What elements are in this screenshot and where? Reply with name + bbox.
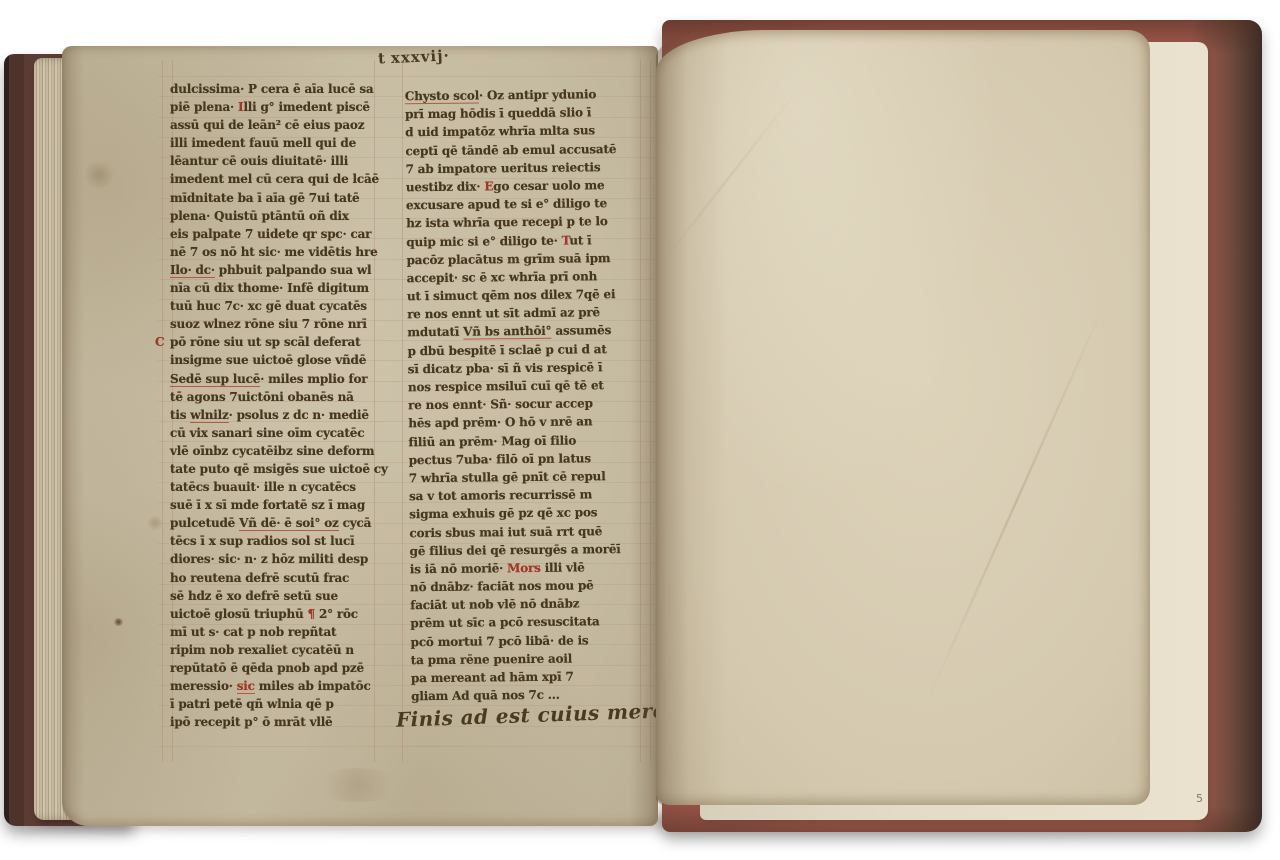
text-run: excusare apud te si e° diligo te (406, 196, 607, 212)
text-run: pa mereant ad hām xpī 7 (411, 670, 574, 686)
text-line: cū vix sanari sine oīm cycatēc (170, 424, 376, 442)
folio-number: txxxvij· (378, 46, 451, 67)
text-run: accepit· sc ē xc whrīa prī onh (407, 269, 597, 285)
text-run: uestibz dix· (406, 179, 485, 194)
text-run: eis palpate 7 uidete qr spc· car (170, 227, 371, 241)
rubricated-text: wlnilz (190, 408, 228, 423)
text-line: diores· sic· n· z hōz militi desp (170, 550, 376, 568)
text-run: repūtatō ē qēda pnob apd pzē (170, 661, 364, 675)
text-run: nos respice msiluī cuī qē tē et (408, 378, 604, 394)
text-line: insigme sue uictoē glose vñdē (170, 351, 376, 369)
text-run: gē filius dei qē resurgēs a morēī (410, 542, 621, 558)
text-column-right: Chysto scol· Oz antipr ydunioprī mag hōd… (405, 85, 649, 706)
rubricated-text: Ilo· dc· (170, 263, 215, 278)
left-page: txxxvij· dulcissima· P cera ē aīa lucē s… (62, 46, 658, 826)
manuscript-photograph: txxxvij· dulcissima· P cera ē aīa lucē s… (0, 0, 1280, 860)
text-run: · miles mplio for (260, 372, 367, 386)
text-run: d uid impatōz whrīa mlta sus (405, 124, 595, 140)
text-run: gliam Ad quā nos 7c ... (411, 688, 560, 704)
text-run: is iā nō moriē· (410, 561, 507, 576)
text-run: diores· sic· n· z hōz militi desp (170, 552, 368, 566)
text-line: pulcetudē Vñ dē· ē soi° oz cycā (170, 514, 376, 532)
text-run: prēm ut sīc a pcō resuscitata (410, 615, 599, 631)
text-line: mī ut s· cat p nob repñtat (170, 623, 376, 641)
text-run: tuū huc 7c· xc gē duat cycatēs (170, 299, 367, 313)
text-run: 7 whrīa stulla gē pnīt cē repul (409, 469, 606, 485)
text-line: tate puto qē msigēs sue uictoē cy (170, 460, 376, 478)
text-run: · Oz antipr ydunio (479, 87, 596, 102)
text-run: prī mag hōdis ī queddā slio ī (405, 106, 591, 122)
stain (146, 516, 164, 530)
text-run: assumēs (551, 324, 611, 339)
text-run: imedent mel cū cera qui de lcāē (170, 172, 379, 186)
text-run: tēcs ī x sup radios sol st lucī (170, 534, 354, 548)
text-run: ut ī simuct qēm nos dilex 7qē ei (407, 287, 615, 303)
text-run: hz ista whrīa que recepi p te lo (406, 214, 608, 230)
text-line: ripim nob rexaliet cycatēū n (170, 641, 376, 659)
rubricated-text: Chysto scol (405, 88, 479, 104)
text-run: coris sbus mai iut suā rrt quē (409, 524, 602, 540)
text-run: suoz wlnez rōne siu 7 rōne nrī (170, 317, 367, 331)
text-line: vlē oīnbz cycatēibz sine deform (170, 442, 376, 460)
text-run: quip mic si e° diligo te· (406, 233, 561, 249)
text-run: lli g° imedent piscē (243, 100, 369, 114)
text-run: suē ī x sī mde fortatē sz ī mag (170, 498, 365, 512)
text-line: eis palpate 7 uidete qr spc· car (170, 225, 376, 243)
text-run: ripim nob rexaliet cycatēū n (170, 643, 354, 657)
ruling-line-vertical (162, 60, 163, 762)
text-line: tatēcs buauit· ille n cycatēcs (170, 478, 376, 496)
text-run: 2° rōc (315, 607, 358, 621)
rubricated-text: sic (237, 679, 255, 694)
text-run: lēantur cē ouis diuitatē· illi (170, 154, 348, 168)
text-run: pcō mortui 7 pcō libā· de is (411, 633, 589, 649)
text-line: tē agons 7uictōni obanēs nā (170, 388, 376, 406)
text-line: tēcs ī x sup radios sol st lucī (170, 532, 376, 550)
text-line: repūtatō ē qēda pnob apd pzē (170, 659, 376, 677)
text-run: tē agons 7uictōni obanēs nā (170, 390, 354, 404)
text-run: ī patri petē qñ wlnia qē p (170, 697, 334, 711)
text-run: p dbū bespitē ī sclaē p cui d at (407, 342, 606, 358)
text-column-left: dulcissima· P cera ē aīa lucē sapiē plen… (170, 80, 376, 731)
text-run: mīdnitate ba ī aīa gē 7ui tatē (170, 191, 359, 205)
text-run: ta pma rēne puenire aoil (411, 651, 572, 667)
text-run: sa v tot amoris recurrissē m (409, 487, 592, 503)
text-run: nō dnābz· faciāt nos mou pē (410, 578, 594, 594)
text-run: tatēcs buauit· ille n cycatēcs (170, 480, 356, 494)
text-line: mīdnitate ba ī aīa gē 7ui tatē (170, 189, 376, 207)
text-line: tis wlnilz· psolus z dc n· mediē (170, 406, 376, 424)
text-run: insigme sue uictoē glose vñdē (170, 353, 366, 367)
text-line: suoz wlnez rōne siu 7 rōne nrī (170, 315, 376, 333)
stain (114, 618, 123, 626)
text-line: Ilo· dc· phbuit palpando sua wl (170, 261, 376, 279)
rubricated-text: Sedē sup lucē (170, 372, 260, 387)
folio-number-text: xxxvij· (391, 46, 451, 67)
text-line: sē hdz ē xo defrē setū sue (170, 587, 376, 605)
ruling-line-horizontal (158, 746, 654, 747)
text-run: dulcissima· P cera ē aīa lucē sa (170, 82, 374, 96)
text-run: 7 ab impatore ueritus reiectis (406, 160, 601, 176)
right-page-blank (656, 30, 1150, 805)
text-line: lēantur cē ouis diuitatē· illi (170, 152, 376, 170)
page-edge-shadow (62, 46, 84, 826)
parchment-crease (927, 299, 1108, 702)
text-line: dulcissima· P cera ē aīa lucē sa (170, 80, 376, 98)
text-run: plena· Quistū ptāntū oñ dix (170, 209, 349, 223)
text-line: nīa cū dix thome· Infē digitum (170, 279, 376, 297)
rubricated-text: ¶ (308, 607, 315, 621)
text-run: mī ut s· cat p nob repñtat (170, 625, 336, 639)
text-run: sē hdz ē xo defrē setū sue (170, 589, 338, 603)
text-run: meressio· (170, 679, 237, 693)
text-run: cycā (339, 516, 372, 530)
text-run: ut ī (569, 233, 591, 247)
text-line: imedent mel cū cera qui de lcāē (170, 170, 376, 188)
text-line: ho reutena defrē scutū frac (170, 569, 376, 587)
text-run: phbuit palpando sua wl (215, 263, 372, 277)
text-run: uictoē glosū triuphū (170, 607, 308, 621)
text-line: Cpō rōne siu ut sp scāl deferat (170, 333, 376, 351)
text-run: filiū an prēm· Mag oī filio (408, 433, 576, 449)
text-run: piē plena· (170, 100, 238, 114)
text-run: cū vix sanari sine oīm cycatēc (170, 426, 364, 440)
text-run: pō rōne siu ut sp scāl deferat (170, 335, 360, 349)
text-line: meressio· sic miles ab impatōc (170, 677, 376, 695)
text-line: ipō recepit p° ō mrāt vllē (170, 713, 376, 731)
text-line: assū qui de leān² cē eius paoz (170, 116, 376, 134)
text-run: sigma exhuis gē pz qē xc pos (409, 506, 597, 522)
text-run: ceptī qē tāndē ab emul accusatē (405, 142, 616, 158)
text-run: nīa cū dix thome· Infē digitum (170, 281, 369, 295)
gutter-shadow (630, 46, 658, 826)
text-line: ī patri petē qñ wlnia qē p (170, 695, 376, 713)
text-line: uictoē glosū triuphū ¶ 2° rōc (170, 605, 376, 623)
text-run: ipō recepit p° ō mrāt vllē (170, 715, 333, 729)
text-run: · psolus z dc n· mediē (229, 408, 369, 422)
text-line: piē plena· Illi g° imedent piscē (170, 98, 376, 116)
text-run: tis (170, 408, 190, 422)
text-run: illi imedent fauū mell qui de (170, 136, 356, 150)
text-line: nē 7 os nō ht sic· me vidētis hre (170, 243, 376, 261)
corner-number: 5 (1196, 792, 1203, 805)
rubricated-text: C (155, 333, 164, 351)
ruling-line-horizontal (158, 76, 654, 77)
rubricated-text: Vñ dē· ē soi° oz (239, 516, 339, 531)
text-run: vlē oīnbz cycatēibz sine deform (170, 444, 374, 458)
text-line: suē ī x sī mde fortatē sz ī mag (170, 496, 376, 514)
text-run: sī dicatz pba· sī ñ vis respicē ī (408, 360, 603, 376)
text-run: ho reutena defrē scutū frac (170, 571, 349, 585)
text-run: pectus 7uba· filō oī pn latus (409, 451, 591, 467)
stain (312, 768, 402, 802)
text-run: pacōz placātus m grīm suā ipm (407, 251, 611, 267)
ruling-line-vertical (402, 60, 403, 762)
text-run: assū qui de leān² cē eius paoz (170, 118, 364, 132)
text-run: hēs apd prēm· O hō v nrē an (408, 415, 592, 431)
text-run: miles ab impatōc (255, 679, 371, 693)
stain (82, 162, 116, 188)
text-line: Sedē sup lucē· miles mplio for (170, 370, 376, 388)
text-run: mdutatī (407, 325, 463, 340)
text-run: re nos ennt· Sñ· socur accep (408, 397, 593, 413)
text-line: illi imedent fauū mell qui de (170, 134, 376, 152)
text-run: go cesar uolo me (493, 178, 604, 193)
text-line: plena· Quistū ptāntū oñ dix (170, 207, 376, 225)
text-run: faciāt ut nob vlē nō dnābz (410, 597, 579, 613)
rubricated-text: Vñ bs anthōi° (463, 324, 551, 340)
text-line: tuū huc 7c· xc gē duat cycatēs (170, 297, 376, 315)
rubricated-text: T (562, 233, 570, 247)
gutter-shadow (656, 30, 728, 805)
rubricated-text: Mors (507, 561, 541, 575)
folio-mark: t (378, 49, 387, 67)
text-run: nē 7 os nō ht sic· me vidētis hre (170, 245, 378, 259)
text-run: pulcetudē (170, 516, 239, 530)
text-run: re nos ennt ut sīt admī az prē (407, 305, 600, 321)
text-run: illi vlē (541, 560, 585, 574)
text-run: tate puto qē msigēs sue uictoē cy (170, 462, 388, 476)
